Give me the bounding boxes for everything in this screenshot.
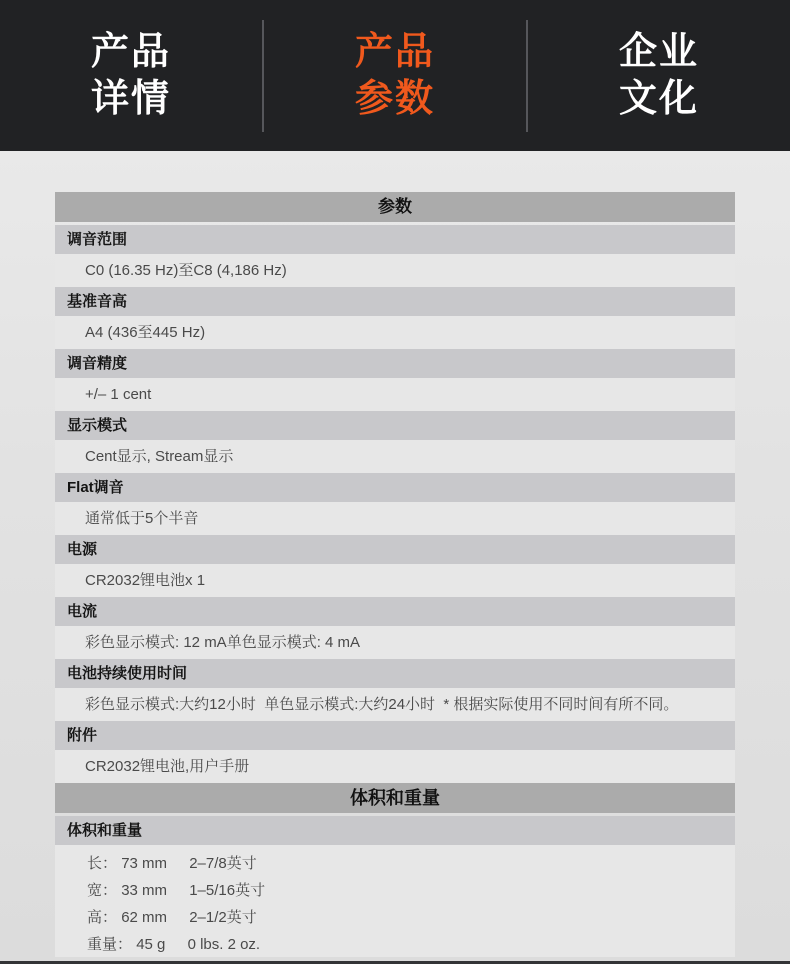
tab-label-line: 产品 — [355, 29, 435, 76]
spec-label: 基准音高 — [55, 287, 735, 316]
tab-label-line: 产品 — [91, 29, 171, 76]
spec-value: 彩色显示模式: 12 mA单色显示模式: 4 mA — [55, 626, 735, 659]
spec-label-size-weight: 体积和重量 — [55, 816, 735, 845]
spec-value: CR2032锂电池,用户手册 — [55, 750, 735, 783]
spec-label: Flat调音 — [55, 473, 735, 502]
dimensions-block: 长： 73 mm 2–7/8英寸 宽： 33 mm 1–5/16英寸 高： 62… — [55, 845, 735, 957]
dimension-row-length: 长： 73 mm 2–7/8英寸 — [87, 850, 735, 877]
dimension-label: 长： — [87, 850, 117, 877]
spec-value: A4 (436至445 Hz) — [55, 316, 735, 349]
tab-product-details[interactable]: 产品 详情 — [0, 0, 262, 151]
dimension-imperial: 0 lbs. 2 oz. — [188, 931, 261, 958]
dimension-imperial: 2–1/2英寸 — [189, 904, 257, 931]
tab-company-culture[interactable]: 企业 文化 — [528, 0, 790, 151]
dimension-label: 宽： — [87, 877, 117, 904]
spec-label: 调音精度 — [55, 349, 735, 378]
tab-label-line: 详情 — [91, 76, 171, 123]
dimension-metric: 33 mm — [121, 877, 167, 904]
spec-value: Cent显示, Stream显示 — [55, 440, 735, 473]
spec-value: CR2032锂电池x 1 — [55, 564, 735, 597]
tab-label-line: 参数 — [355, 76, 435, 123]
section-header-size-weight: 体积和重量 — [55, 783, 735, 813]
dimension-imperial: 1–5/16英寸 — [189, 877, 265, 904]
spec-label: 电流 — [55, 597, 735, 626]
spec-value: 通常低于5个半音 — [55, 502, 735, 535]
spec-label: 调音范围 — [55, 225, 735, 254]
page-body: 参数 调音范围 C0 (16.35 Hz)至C8 (4,186 Hz) 基准音高… — [0, 151, 790, 961]
spec-table: 参数 调音范围 C0 (16.35 Hz)至C8 (4,186 Hz) 基准音高… — [55, 192, 735, 957]
dimension-row-width: 宽： 33 mm 1–5/16英寸 — [87, 877, 735, 904]
spec-label: 电池持续使用时间 — [55, 659, 735, 688]
dimension-row-height: 高： 62 mm 2–1/2英寸 — [87, 904, 735, 931]
spec-label: 显示模式 — [55, 411, 735, 440]
spec-value: 彩色显示模式:大约12小时 单色显示模式:大约24小时 * 根据实际使用不同时间… — [55, 688, 735, 721]
dimension-metric: 73 mm — [121, 850, 167, 877]
dimension-label: 重量： — [87, 931, 132, 958]
tab-product-parameters[interactable]: 产品 参数 — [264, 0, 526, 151]
top-tab-bar: 产品 详情 产品 参数 企业 文化 — [0, 0, 790, 151]
spec-label: 电源 — [55, 535, 735, 564]
tab-label-line: 企业 — [619, 29, 699, 76]
dimension-row-weight: 重量： 45 g 0 lbs. 2 oz. — [87, 931, 735, 958]
dimension-label: 高： — [87, 904, 117, 931]
spec-label: 附件 — [55, 721, 735, 750]
dimension-imperial: 2–7/8英寸 — [189, 850, 257, 877]
dimension-metric: 62 mm — [121, 904, 167, 931]
tab-label-line: 文化 — [619, 76, 699, 123]
spec-value: C0 (16.35 Hz)至C8 (4,186 Hz) — [55, 254, 735, 287]
section-header-parameters: 参数 — [55, 192, 735, 222]
spec-value: +/– 1 cent — [55, 378, 735, 411]
dimension-metric: 45 g — [136, 931, 165, 958]
